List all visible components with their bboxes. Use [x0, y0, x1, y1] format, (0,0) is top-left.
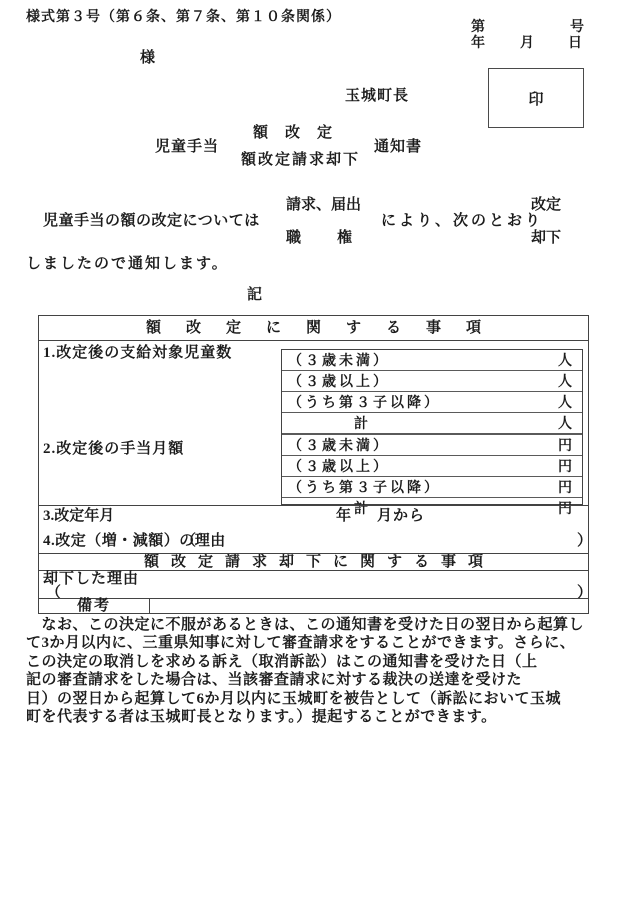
body-basis-bottom-right: 権	[337, 230, 352, 247]
appeal-note: なお、この決定に不服があるときは、この通知書を受けた日の翌日から起算し て3か月…	[26, 616, 626, 726]
amount-third-child-label: （うち第３子以降）	[282, 477, 441, 497]
remarks-label-cell: 備考	[39, 598, 150, 614]
count-total-label: 計	[282, 413, 369, 433]
doc-number-suffix: 号	[570, 20, 584, 36]
item4-paren-open: （	[181, 533, 196, 550]
body-connector: により、次のとおり	[381, 213, 543, 230]
amount-over3-unit: 円	[558, 456, 582, 476]
revision-table: 額改定に関する事項 1.改定後の支給対象児童数 2.改定後の手当月額 （３歳未満…	[38, 315, 589, 614]
item3-from: 月から	[377, 508, 425, 525]
date-day-label: 日	[568, 36, 582, 52]
form-number: 様式第３号（第６条、第７条、第１０条関係）	[26, 10, 341, 26]
body-result-bottom: 却下	[531, 230, 561, 247]
body-basis-top: 請求、届出	[286, 197, 361, 214]
item3-year: 年	[336, 508, 351, 525]
body-lead: 児童手当の額の改定については	[43, 213, 260, 230]
record-mark: 記	[247, 287, 262, 304]
table-section1-header: 額改定に関する事項	[39, 316, 588, 341]
amount-under3-label: （３歳未満）	[282, 435, 390, 455]
count-under3-label: （３歳未満）	[282, 350, 390, 370]
amount-over3-label: （３歳以上）	[282, 456, 390, 476]
body-result-top: 改定	[531, 197, 561, 214]
item4-label: 4.改定（増・減額）の理由	[43, 533, 226, 550]
item1-label: 1.改定後の支給対象児童数	[43, 345, 232, 362]
children-amount-subtable: （３歳未満） 人 （３歳以上） 人 （うち第３子以降） 人 計 人 （３歳未満）…	[281, 349, 583, 505]
table-row: （うち第３子以降） 人	[282, 392, 582, 413]
count-under3-unit: 人	[558, 350, 582, 370]
date-month-label: 月	[520, 36, 534, 52]
item4-paren-close: ）	[577, 533, 592, 550]
body-closing: しましたので通知します。	[26, 256, 229, 273]
notification-document: 様式第３号（第６条、第７条、第１０条関係） 第 号 年 月 日 様 玉城町長 印…	[0, 0, 630, 903]
table-section2-header: 額改定請求却下に関する事項	[39, 553, 588, 571]
title-variant-top: 額 改 定	[253, 125, 333, 142]
seal-box: 印	[488, 68, 584, 128]
amount-third-child-unit: 円	[558, 477, 582, 497]
title-prefix: 児童手当	[155, 139, 219, 156]
table-row: （３歳以上） 人	[282, 371, 582, 392]
amount-total-unit: 円	[558, 498, 582, 518]
table-row-total: 計 人	[282, 413, 582, 434]
rejection-paren-close: ）	[577, 585, 592, 602]
table-row: （３歳未満） 人	[282, 350, 582, 371]
doc-number-prefix: 第	[471, 20, 485, 36]
count-total-unit: 人	[558, 413, 582, 433]
count-over3-unit: 人	[558, 371, 582, 391]
count-third-child-unit: 人	[558, 392, 582, 412]
title-suffix: 通知書	[374, 139, 422, 156]
item3-label: 3.改定年月	[43, 508, 114, 525]
count-over3-label: （３歳以上）	[282, 371, 390, 391]
divider-line	[39, 505, 588, 506]
title-variant-bottom: 額改定請求却下	[241, 152, 360, 169]
seal-mark: 印	[528, 88, 543, 109]
issuer-mayor: 玉城町長	[345, 88, 409, 105]
amount-total-label: 計	[282, 498, 369, 518]
addressee-honorific: 様	[140, 50, 155, 67]
amount-under3-unit: 円	[558, 435, 582, 455]
table-row: （３歳未満） 円	[282, 435, 582, 456]
table-row-total: 計 円	[282, 498, 582, 518]
body-basis-bottom-left: 職	[286, 230, 301, 247]
date-year-label: 年	[471, 36, 485, 52]
table-row: （３歳以上） 円	[282, 456, 582, 477]
table-row: （うち第３子以降） 円	[282, 477, 582, 498]
count-third-child-label: （うち第３子以降）	[282, 392, 441, 412]
item2-label: 2.改定後の手当月額	[43, 441, 184, 458]
remarks-label: 備考	[77, 598, 111, 614]
